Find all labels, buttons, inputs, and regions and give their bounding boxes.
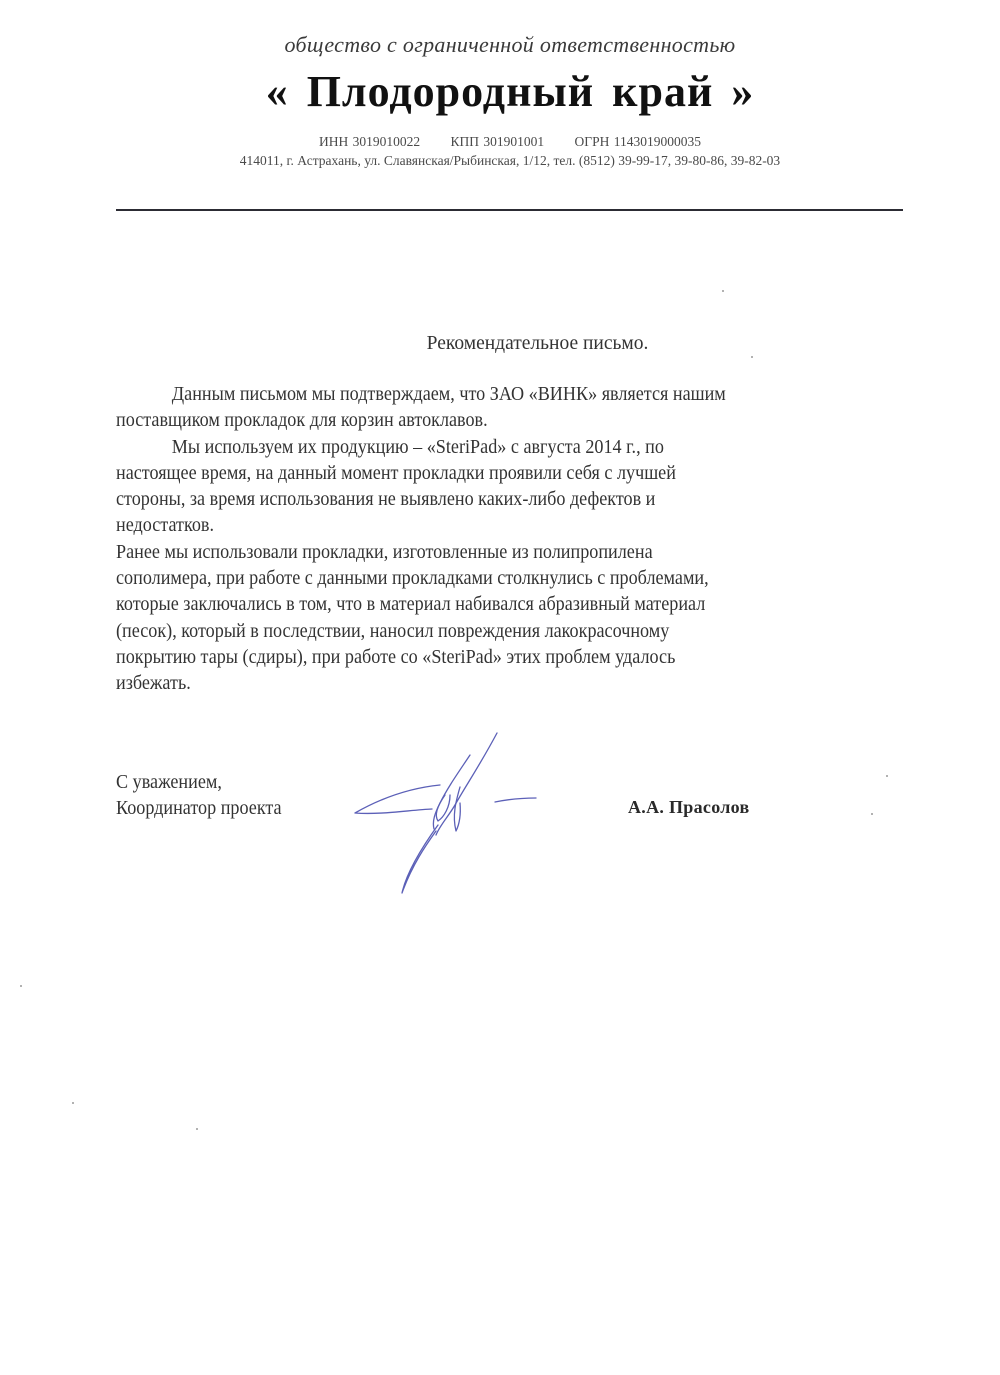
paragraph-2: Мы используем их продукцию – «SteriPad» …: [116, 435, 888, 540]
text-line: избежать.: [116, 671, 888, 697]
scan-speck: [196, 1128, 198, 1130]
text-line: настоящее время, на данный момент прокла…: [116, 461, 888, 487]
company-address: 414011, г. Астрахань, ул. Славянская/Рыб…: [0, 153, 1000, 169]
text-line: недостатков.: [116, 513, 888, 539]
scan-speck: [871, 813, 873, 815]
scan-speck: [722, 290, 724, 292]
letter-title: Рекомендательное письмо.: [0, 333, 1000, 355]
closing-block: С уважением, Координатор проекта: [116, 770, 282, 822]
inn-code: ИНН 3019010022: [319, 134, 420, 149]
scan-speck: [751, 356, 753, 358]
text-line: покрытию тары (сдиры), при работе со «St…: [116, 645, 888, 671]
signer-name: А.А. Прасолов: [628, 797, 750, 818]
text-line: поставщиком прокладок для корзин автокла…: [116, 408, 888, 434]
kpp-code: КПП 301901001: [451, 134, 545, 149]
signer-position: Координатор проекта: [116, 796, 282, 822]
paragraph-3: Ранее мы использовали прокладки, изготов…: [116, 540, 888, 698]
text-line: сополимера, при работе с данными проклад…: [116, 566, 888, 592]
org-legal-form: общество с ограниченной ответственностью: [0, 32, 1000, 58]
company-registration-codes: ИНН 3019010022 КПП 301901001 ОГРН 114301…: [0, 134, 1000, 150]
scan-speck: [20, 985, 22, 987]
letter-body: Данным письмом мы подтверждаем, что ЗАО …: [116, 382, 888, 698]
company-name: « Плодородный край »: [0, 66, 1000, 117]
text-line: Ранее мы использовали прокладки, изготов…: [116, 540, 888, 566]
text-line: стороны, за время использования не выявл…: [116, 487, 888, 513]
signature-icon: [340, 725, 560, 900]
text-line: которые заключались в том, что в материа…: [116, 592, 888, 618]
text-line: (песок), который в последствии, наносил …: [116, 619, 888, 645]
paragraph-1: Данным письмом мы подтверждаем, что ЗАО …: [116, 382, 888, 435]
letter-page: общество с ограниченной ответственностью…: [0, 0, 1000, 1375]
salutation: С уважением,: [116, 770, 282, 796]
text-line: Мы используем их продукцию – «SteriPad» …: [116, 435, 888, 461]
ogrn-code: ОГРН 1143019000035: [575, 134, 701, 149]
letterhead-divider: [116, 209, 903, 211]
scan-speck: [886, 775, 888, 777]
text-line: Данным письмом мы подтверждаем, что ЗАО …: [116, 382, 888, 408]
scan-speck: [72, 1102, 74, 1104]
